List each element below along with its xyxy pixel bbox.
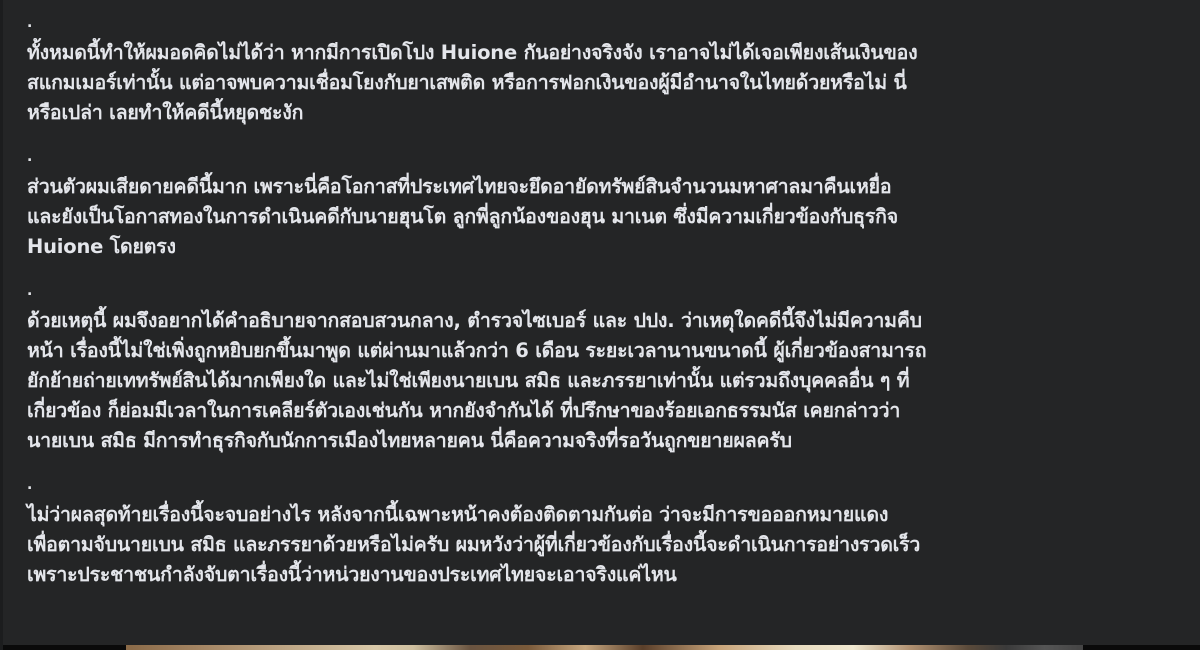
text-line: เพื่อตามจับนายเบน สมิธ และภรรยาด้วยหรือไ… (27, 530, 1199, 560)
paragraph-4: ไม่ว่าผลสุดท้ายเรื่องนี้จะจบอย่างไร หลัง… (27, 500, 1199, 590)
text-line: ทั้งหมดนี้ทำให้ผมอดคิดไม่ได้ว่า หากมีการ… (27, 38, 1199, 68)
text-line: ไม่ว่าผลสุดท้ายเรื่องนี้จะจบอย่างไร หลัง… (27, 500, 1199, 530)
text-line: ด้วยเหตุนี้ ผมจึงอยากได้คำอธิบายจากสอบสว… (27, 306, 1199, 336)
attached-image-preview[interactable] (126, 645, 1083, 650)
post-text-body: . ทั้งหมดนี้ทำให้ผมอดคิดไม่ได้ว่า หากมีก… (27, 8, 1199, 590)
text-line: เกี่ยวข้อง ก็ย่อมมีเวลาในการเคลียร์ตัวเอ… (27, 396, 1199, 426)
paragraph-1: ทั้งหมดนี้ทำให้ผมอดคิดไม่ได้ว่า หากมีการ… (27, 38, 1199, 128)
paragraph-separator: . (27, 142, 1199, 172)
text-line: นายเบน สมิธ มีการทำธุรกิจกับนักการเมืองไ… (27, 426, 1199, 456)
paragraph-separator: . (27, 470, 1199, 500)
text-line: และยังเป็นโอกาสทองในการดำเนินคดีกับนายฮุ… (27, 202, 1199, 232)
text-line: Huione โดยตรง (27, 232, 1199, 262)
text-line: เพราะประชาชนกำลังจับตาเรื่องนี้ว่าหน่วยง… (27, 560, 1199, 590)
text-line: หรือเปล่า เลยทำให้คดีนี้หยุดชะงัก (27, 98, 1199, 128)
paragraph-3: ด้วยเหตุนี้ ผมจึงอยากได้คำอธิบายจากสอบสว… (27, 306, 1199, 456)
paragraph-separator: . (27, 8, 1199, 38)
paragraph-separator: . (27, 276, 1199, 306)
text-line: สแกมเมอร์เท่านั้น แต่อาจพบความเชื่อมโยงก… (27, 68, 1199, 98)
paragraph-2: ส่วนตัวผมเสียดายคดีนี้มาก เพราะนี่คือโอก… (27, 172, 1199, 262)
text-line: หน้า เรื่องนี้ไม่ใช่เพิ่งถูกหยิบยกขึ้นมา… (27, 336, 1199, 366)
post-container: . ทั้งหมดนี้ทำให้ผมอดคิดไม่ได้ว่า หากมีก… (0, 0, 1200, 650)
text-line: ยักย้ายถ่ายเททรัพย์สินได้มากเพียงใด และไ… (27, 366, 1199, 396)
text-line: ส่วนตัวผมเสียดายคดีนี้มาก เพราะนี่คือโอก… (27, 172, 1199, 202)
